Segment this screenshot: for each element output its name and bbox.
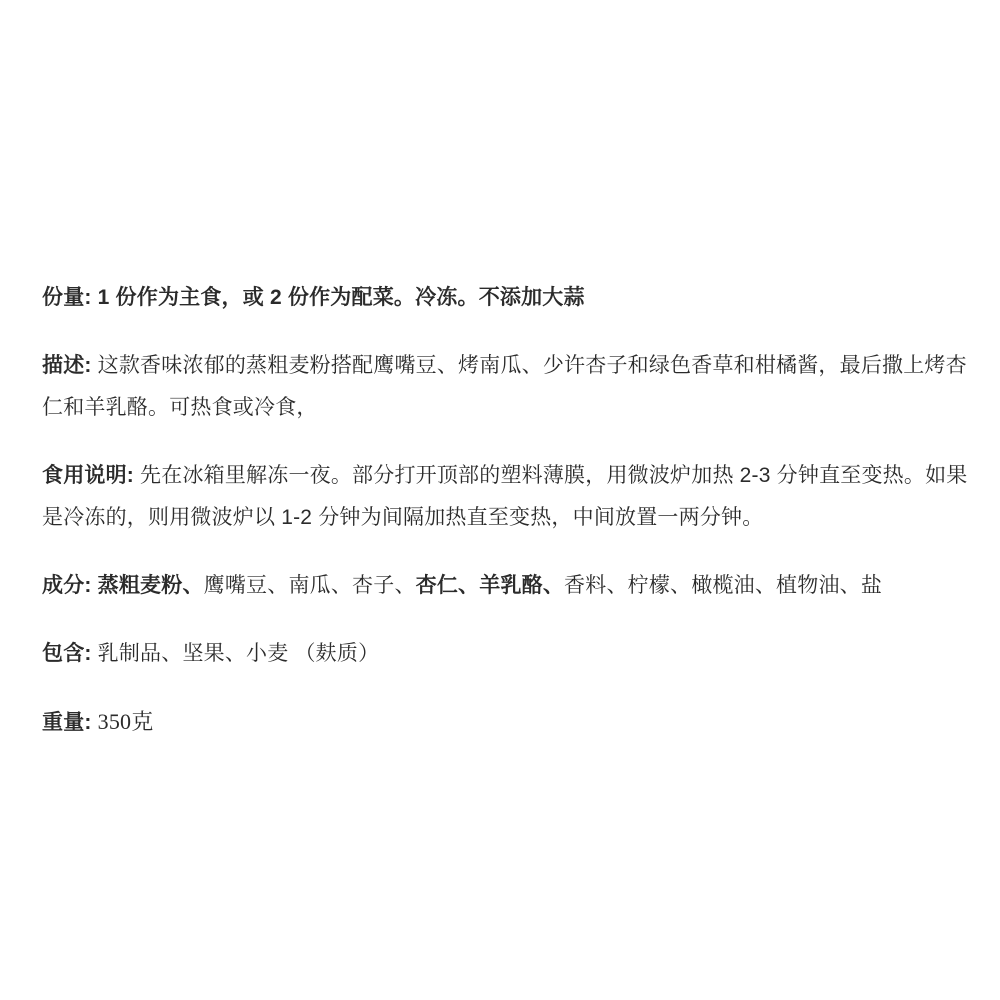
description-label: 描述: — [42, 354, 92, 377]
serving-size-row: 份量: 1 份作为主食，或 2 份作为配菜。冷冻。不添加大蒜 — [42, 277, 968, 319]
usage-instructions-value: 先在冰箱里解冻一夜。部分打开顶部的塑料薄膜，用微波炉加热 2-3 分钟直至变热。… — [42, 464, 967, 529]
ingredients-value: 蒸粗麦粉、鹰嘴豆、南瓜、杏子、杏仁、羊乳酪、香料、柠檬、橄榄油、植物油、盐 — [98, 574, 882, 597]
ingredient-segment: 蒸粗麦粉、 — [98, 574, 204, 597]
weight-value: 350克 — [98, 709, 154, 734]
weight-label: 重量: — [42, 711, 92, 734]
ingredient-segment: 鹰嘴豆、南瓜、杏子、 — [204, 574, 416, 597]
allergens-value: 乳制品、坚果、小麦 （麸质） — [98, 642, 380, 665]
ingredient-segment: 杏仁、羊乳酪、 — [416, 574, 564, 597]
allergens-label: 包含: — [42, 642, 92, 665]
description-row: 描述: 这款香味浓郁的蒸粗麦粉搭配鹰嘴豆、烤南瓜、少许杏子和绿色香草和柑橘酱，最… — [42, 345, 968, 429]
weight-row: 重量: 350克 — [42, 701, 968, 744]
serving-size-value: 1 份作为主食，或 2 份作为配菜。冷冻。不添加大蒜 — [98, 286, 585, 309]
allergens-row: 包含: 乳制品、坚果、小麦 （麸质） — [42, 633, 968, 675]
ingredient-segment: 香料、柠檬、橄榄油、植物油、盐 — [564, 574, 882, 597]
product-info-block: 份量: 1 份作为主食，或 2 份作为配菜。冷冻。不添加大蒜 描述: 这款香味浓… — [42, 277, 968, 770]
serving-size-label: 份量: — [42, 286, 92, 309]
usage-instructions-label: 食用说明: — [42, 464, 134, 487]
ingredients-row: 成分: 蒸粗麦粉、鹰嘴豆、南瓜、杏子、杏仁、羊乳酪、香料、柠檬、橄榄油、植物油、… — [42, 565, 968, 607]
description-value: 这款香味浓郁的蒸粗麦粉搭配鹰嘴豆、烤南瓜、少许杏子和绿色香草和柑橘酱，最后撒上烤… — [42, 354, 967, 419]
ingredients-label: 成分: — [42, 574, 92, 597]
usage-instructions-row: 食用说明: 先在冰箱里解冻一夜。部分打开顶部的塑料薄膜，用微波炉加热 2-3 分… — [42, 455, 968, 539]
